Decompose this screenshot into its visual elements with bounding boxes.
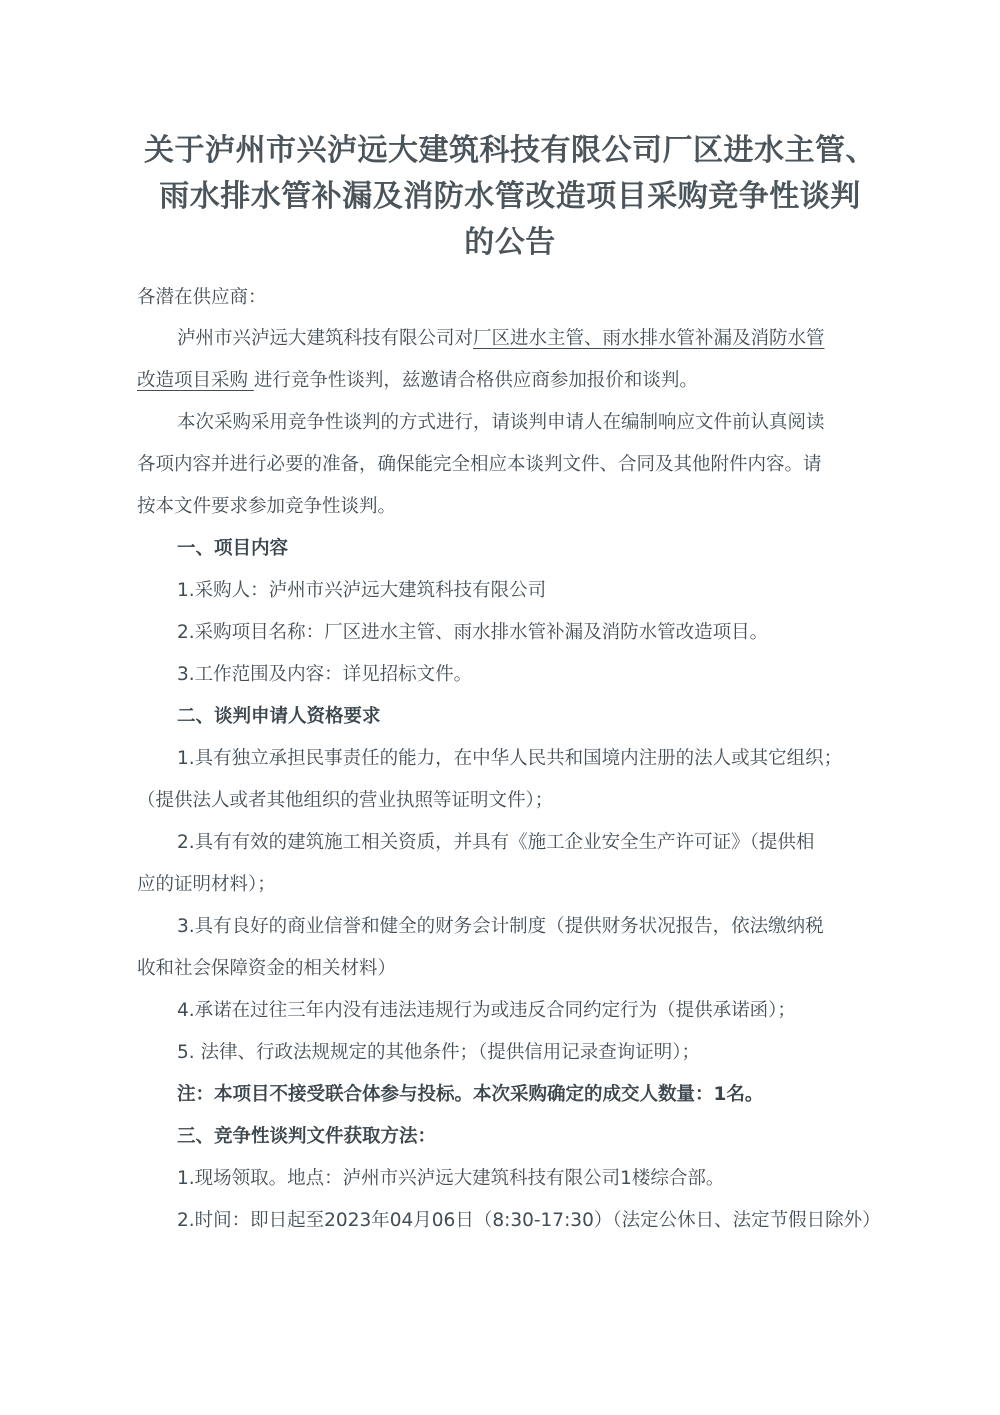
section-2-item-4: 4.承诺在过往三年内没有违法违规行为或违反合同约定行为（提供承诺函）； [177, 998, 937, 1024]
section-2-item-1-line-1: 1.具有独立承担民事责任的能力，在中华人民共和国境内注册的法人或其它组织； [177, 746, 937, 772]
section-1-item-1: 1.采购人：泸州市兴泸远大建筑科技有限公司 [177, 578, 937, 604]
section-2-item-5: 5. 法律、行政法规规定的其他条件；（提供信用记录查询证明）； [177, 1040, 937, 1066]
document-title: 关于泸州市兴泸远大建筑科技有限公司厂区进水主管、 雨水排水管补漏及消防水管改造项… [120, 128, 900, 266]
section-2-item-2-line-1: 2.具有有效的建筑施工相关资质，并具有《施工企业安全生产许可证》（提供相 [177, 830, 937, 856]
title-line-2: 雨水排水管补漏及消防水管改造项目采购竞争性谈判 [120, 174, 900, 220]
title-line-3: 的公告 [120, 220, 900, 266]
intro-paragraph-2-line-3: 按本文件要求参加竞争性谈判。 [137, 494, 897, 520]
section-2-item-3-line-2: 收和社会保障资金的相关材料） [137, 956, 897, 982]
intro-paragraph-2-line-1: 本次采购采用竞争性谈判的方式进行，请谈判申请人在编制响应文件前认真阅读 [177, 410, 937, 436]
section-2-item-1-line-2: （提供法人或者其他组织的营业执照等证明文件）； [137, 788, 897, 814]
project-name-underlined: 厂区进水主管、雨水排水管补漏及消防水管 [473, 328, 825, 349]
section-2-item-2-line-2: 应的证明材料）； [137, 872, 897, 898]
section-3-heading: 三、竞争性谈判文件获取方法： [177, 1124, 937, 1150]
project-name-underlined-cont: 改造项目采购 [137, 370, 254, 391]
section-2-note: 注：本项目不接受联合体参与投标。本次采购确定的成交人数量：1名。 [177, 1082, 937, 1108]
salutation: 各潜在供应商： [137, 285, 897, 311]
section-2-heading: 二、谈判申请人资格要求 [177, 704, 937, 730]
intro-text-cont: 进行竞争性谈判，兹邀请合格供应商参加报价和谈判。 [254, 370, 698, 391]
section-1-item-3: 3.工作范围及内容：详见招标文件。 [177, 662, 937, 688]
intro-paragraph-2-line-2: 各项内容并进行必要的准备，确保能完全相应本谈判文件、合同及其他附件内容。请 [137, 452, 897, 478]
intro-paragraph-1-line-1: 泸州市兴泸远大建筑科技有限公司对厂区进水主管、雨水排水管补漏及消防水管 [177, 326, 937, 352]
section-2-item-3-line-1: 3.具有良好的商业信誉和健全的财务会计制度（提供财务状况报告，依法缴纳税 [177, 914, 937, 940]
intro-text: 泸州市兴泸远大建筑科技有限公司对 [177, 328, 473, 349]
section-3-item-1: 1.现场领取。地点：泸州市兴泸远大建筑科技有限公司1楼综合部。 [177, 1166, 937, 1192]
section-3-item-2: 2.时间：即日起至2023年04月06日（8:30-17:30）（法定公休日、法… [177, 1208, 937, 1234]
intro-paragraph-1-line-2: 改造项目采购 进行竞争性谈判，兹邀请合格供应商参加报价和谈判。 [137, 368, 897, 394]
title-line-1: 关于泸州市兴泸远大建筑科技有限公司厂区进水主管、 [120, 128, 900, 174]
section-1-heading: 一、项目内容 [177, 536, 937, 562]
section-1-item-2: 2.采购项目名称：厂区进水主管、雨水排水管补漏及消防水管改造项目。 [177, 620, 937, 646]
document-page: 关于泸州市兴泸远大建筑科技有限公司厂区进水主管、 雨水排水管补漏及消防水管改造项… [0, 0, 1000, 1415]
